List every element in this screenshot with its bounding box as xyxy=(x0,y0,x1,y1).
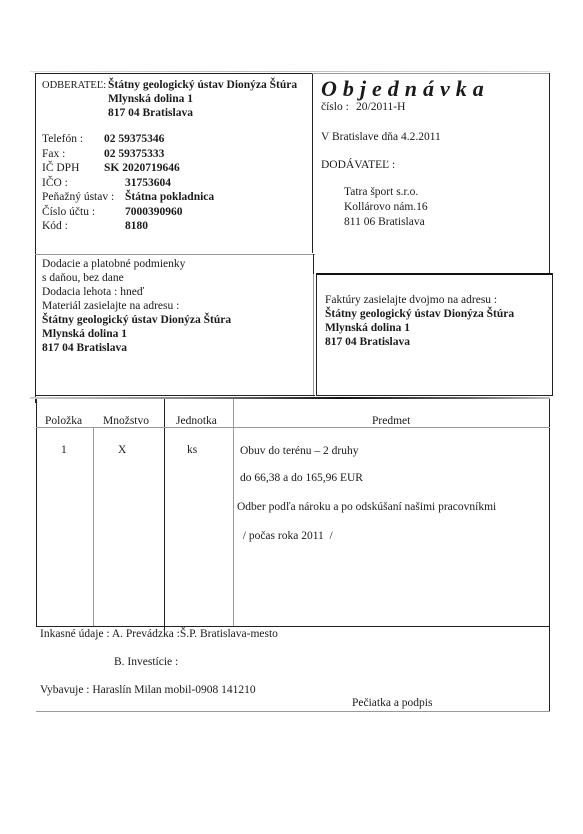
delivery-box-right-border xyxy=(313,274,314,396)
buyer-street: Mlynská dolina 1 xyxy=(108,94,193,106)
row-subject-line: / počas roka 2011 / xyxy=(237,531,333,543)
document-title: Objednávka xyxy=(321,78,490,100)
order-place-date: V Bratislave dňa 4.2.2011 xyxy=(321,132,441,144)
supplier-name: Tatra šport s.r.o. xyxy=(344,187,418,199)
column-header-item: Položka xyxy=(45,416,82,428)
row-unit: ks xyxy=(187,445,197,457)
buyer-company-id: 31753604 xyxy=(125,178,171,190)
buyer-phone: 02 59375346 xyxy=(104,134,164,146)
buyer-account-number: 7000390960 xyxy=(125,207,183,219)
buyer-box-top-border xyxy=(35,73,313,74)
invoice-street: Mlynská dolina 1 xyxy=(325,323,410,335)
column-header-subject: Predmet xyxy=(372,416,410,428)
delivery-box-bottom-border xyxy=(35,395,315,396)
delivery-name: Štátny geologický ústav Dionýza Štúra xyxy=(42,315,231,327)
row-item-number: 1 xyxy=(61,445,67,457)
buyer-box-bottom-border xyxy=(35,254,315,255)
buyer-bank: Štátna pokladnica xyxy=(125,192,214,204)
buyer-field-label: IČO : xyxy=(42,178,68,190)
delivery-city: 817 04 Bratislava xyxy=(42,343,127,355)
row-subject-line: Odber podľa nároku a po odskúšaní našimi… xyxy=(237,502,496,514)
supplier-label: DODÁVATEĽ : xyxy=(321,160,395,172)
invoice-box-bottom-border xyxy=(316,395,553,396)
table-column-divider xyxy=(233,399,234,626)
buyer-name: Štátny geologický ústav Dionýza Štúra xyxy=(108,80,297,92)
delivery-street: Mlynská dolina 1 xyxy=(42,329,127,341)
order-number-label: číslo : xyxy=(321,102,349,114)
buyer-city: 817 04 Bratislava xyxy=(108,108,193,120)
buyer-fax: 02 59375333 xyxy=(104,149,164,161)
supplier-city: 811 06 Bratislava xyxy=(344,217,425,229)
row-subject-line: Obuv do terénu – 2 druhy xyxy=(240,446,359,458)
footer-right-border xyxy=(549,626,550,712)
investment-details: B. Investície : xyxy=(114,657,178,669)
table-left-border xyxy=(36,399,37,626)
scan-shade-band xyxy=(30,397,550,399)
column-header-unit: Jednotka xyxy=(176,416,217,428)
buyer-box-right-border xyxy=(312,73,313,253)
footer-top-border xyxy=(36,626,550,627)
left-outer-border xyxy=(35,73,36,403)
order-number: 20/2011-H xyxy=(356,102,405,114)
order-box-top-border xyxy=(312,73,550,74)
invoice-box-right-border xyxy=(552,273,553,396)
buyer-label: ODBERATEĽ: xyxy=(42,81,106,92)
buyer-vat-id: SK 2020719646 xyxy=(104,163,180,175)
invoice-name: Štátny geologický ústav Dionýza Štúra xyxy=(325,309,514,321)
delivery-deadline: Dodacia lehota : hneď xyxy=(42,287,144,299)
scan-top-edge xyxy=(30,71,550,72)
delivery-address-label: Materiál zasielajte na adresu : xyxy=(42,301,179,313)
column-header-quantity: Množstvo xyxy=(103,416,149,428)
delivery-box-right-border-upper xyxy=(313,254,314,274)
invoice-box-top-border xyxy=(316,273,552,275)
table-right-border xyxy=(549,399,550,626)
order-box-right-border xyxy=(549,73,550,273)
stamp-signature-label: Pečiatka a podpis xyxy=(352,698,432,710)
buyer-code: 8180 xyxy=(125,221,148,233)
delivery-terms-heading: Dodacie a platobné podmienky xyxy=(42,259,185,271)
supplier-street: Kollárovo nám.16 xyxy=(344,202,428,214)
collection-details: Inkasné údaje : A. Prevádzka :Š.P. Brati… xyxy=(40,629,278,641)
row-quantity: X xyxy=(118,445,126,457)
invoice-box-left-border xyxy=(316,273,317,396)
buyer-field-label: Kód : xyxy=(42,221,68,233)
buyer-field-label: Fax : xyxy=(42,149,65,161)
invoice-city: 817 04 Bratislava xyxy=(325,337,410,349)
buyer-field-label: Telefón : xyxy=(42,134,83,146)
delivery-tax-terms: s daňou, bez dane xyxy=(42,273,124,285)
row-subject-line: do 66,38 a do 165,96 EUR xyxy=(240,473,363,485)
handler-contact: Vybavuje : Haraslín Milan mobil-0908 141… xyxy=(40,685,256,697)
table-column-divider xyxy=(164,399,165,629)
buyer-field-label: Číslo účtu : xyxy=(42,207,95,219)
invoice-address-label: Faktúry zasielajte dvojmo na adresu : xyxy=(325,295,497,307)
table-column-divider xyxy=(93,428,94,626)
buyer-field-label: IČ DPH xyxy=(42,163,79,175)
buyer-field-label: Peňažný ústav : xyxy=(42,192,114,204)
footer-bottom-border xyxy=(36,711,550,712)
